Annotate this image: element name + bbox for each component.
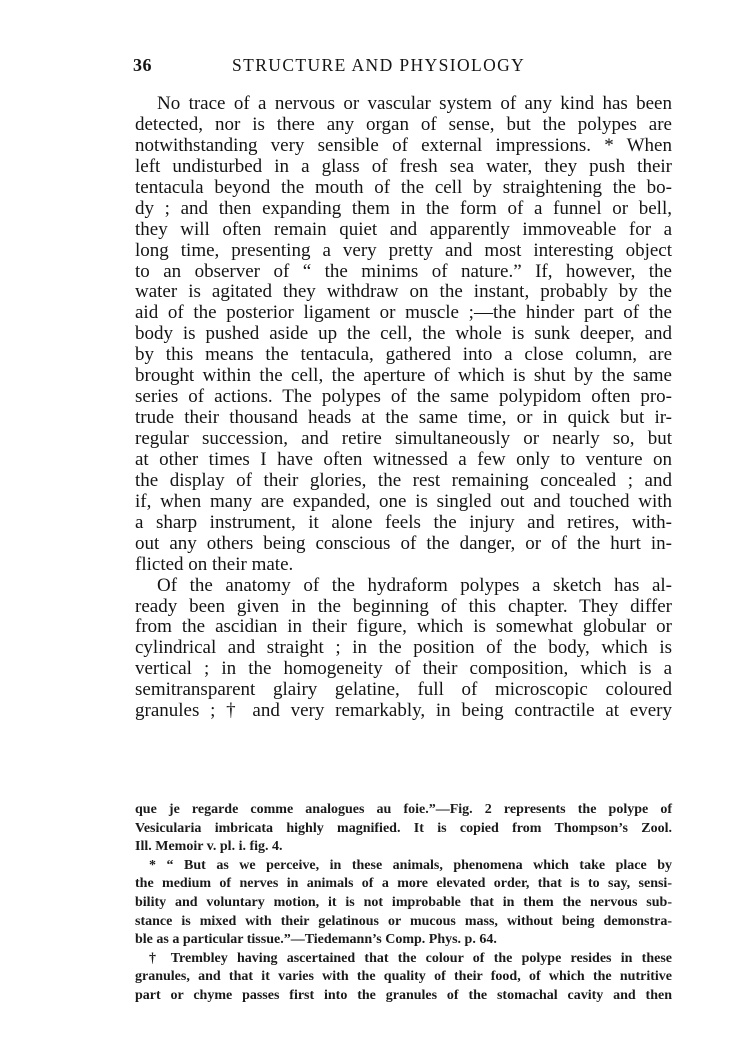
footnote-line: bility and voluntary motion, it is not i… [135, 894, 672, 913]
text-line: water is agitated they withdraw on the i… [135, 282, 672, 303]
text-line: if, when many are expanded, one is singl… [135, 492, 672, 513]
book-page: 36 STRUCTURE AND PHYSIOLOGY No trace of … [0, 0, 750, 1050]
text-line: body is pushed aside up the cell, the wh… [135, 324, 672, 345]
footnote-line: que je regarde comme analogues au foie.”… [135, 801, 672, 820]
footnote-line: ble as a particular tissue.”—Tiedemann’s… [135, 931, 672, 950]
text-line: at other times I have often witnessed a … [135, 450, 672, 471]
text-line: aid of the posterior ligament or muscle … [135, 303, 672, 324]
text-line: to an observer of “ the minims of nature… [135, 262, 672, 283]
paragraph: No trace of a nervous or vascular system… [135, 94, 672, 576]
text-line: Of the anatomy of the hydraform polypes … [135, 576, 672, 597]
text-line: ready been given in the beginning of thi… [135, 597, 672, 618]
footnote-line: Ill. Memoir v. pl. i. fig. 4. [135, 838, 672, 857]
paragraph: Of the anatomy of the hydraform polypes … [135, 576, 672, 723]
text-line: out any others being conscious of the da… [135, 534, 672, 555]
footnote-line: Vesicularia imbricata highly magnified. … [135, 820, 672, 839]
footnote-line: stance is mixed with their gelatinous or… [135, 913, 672, 932]
footnote-line: granules, and that it varies with the qu… [135, 968, 672, 987]
text-line: left undisturbed in a glass of fresh sea… [135, 157, 672, 178]
text-line: a sharp instrument, it alone feels the i… [135, 513, 672, 534]
text-line: regular succession, and retire simultane… [135, 429, 672, 450]
page-number: 36 [133, 55, 152, 76]
text-line: tentacula beyond the mouth of the cell b… [135, 178, 672, 199]
text-line: long time, presenting a very pretty and … [135, 241, 672, 262]
footnote-line: † Trembley having ascertained that the c… [135, 950, 672, 969]
text-line: the display of their glories, the rest r… [135, 471, 672, 492]
text-line: notwithstanding very sensible of externa… [135, 136, 672, 157]
text-line: series of actions. The polypes of the sa… [135, 387, 672, 408]
text-line: trude their thousand heads at the same t… [135, 408, 672, 429]
running-head-title: STRUCTURE AND PHYSIOLOGY [232, 55, 525, 76]
text-line: dy ; and then expanding them in the form… [135, 199, 672, 220]
footnote-line: * “ But as we perceive, in these animals… [135, 857, 672, 876]
text-line: No trace of a nervous or vascular system… [135, 94, 672, 115]
text-line: granules ; † and very remarkably, in bei… [135, 701, 672, 722]
footnote-line: the medium of nerves in animals of a mor… [135, 875, 672, 894]
text-line: cylindrical and straight ; in the positi… [135, 638, 672, 659]
text-line: flicted on their mate. [135, 555, 672, 576]
footnote-line: part or chyme passes first into the gran… [135, 987, 672, 1006]
text-line: vertical ; in the homogeneity of their c… [135, 659, 672, 680]
body-text: No trace of a nervous or vascular system… [135, 94, 672, 722]
text-line: they will often remain quiet and apparen… [135, 220, 672, 241]
running-head: 36 STRUCTURE AND PHYSIOLOGY [133, 55, 673, 79]
text-line: by this means the tentacula, gathered in… [135, 345, 672, 366]
footnotes: que je regarde comme analogues au foie.”… [135, 801, 672, 1006]
text-line: from the ascidian in their figure, which… [135, 617, 672, 638]
text-line: semitransparent glairy gelatine, full of… [135, 680, 672, 701]
text-line: brought within the cell, the aperture of… [135, 366, 672, 387]
text-line: detected, nor is there any organ of sens… [135, 115, 672, 136]
